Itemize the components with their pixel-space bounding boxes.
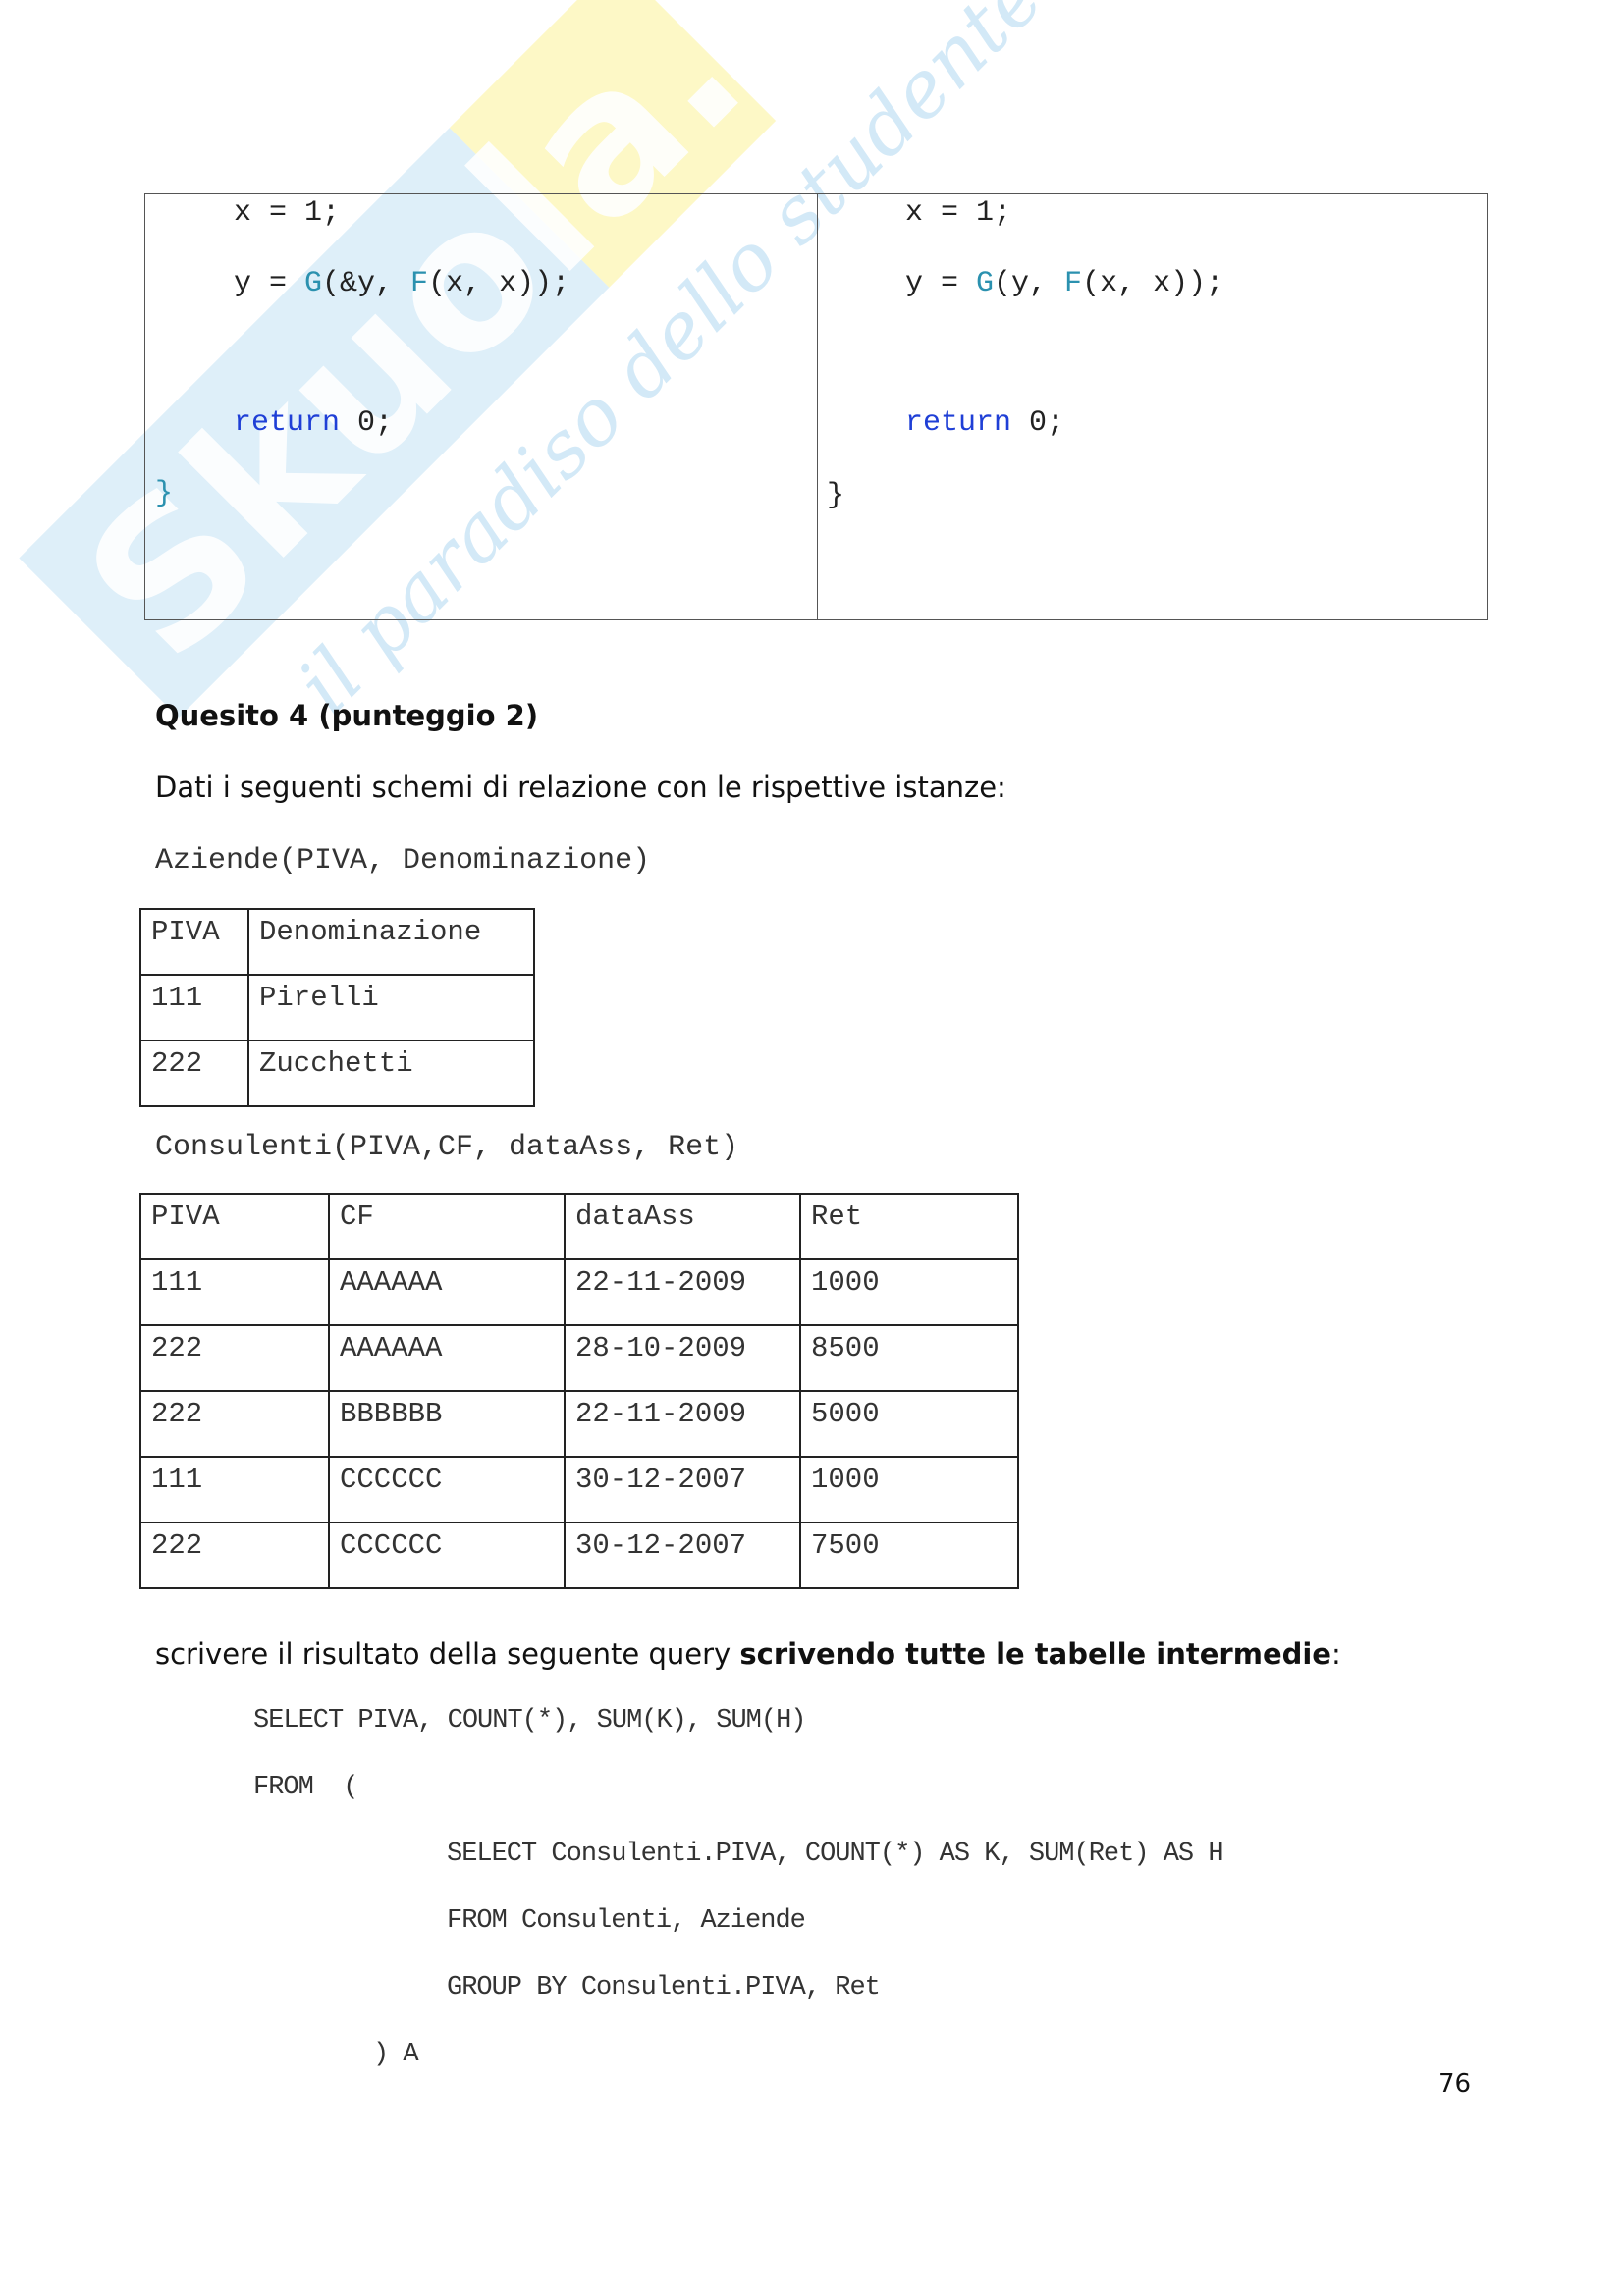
table-cell: AAAAAA [329, 1325, 565, 1391]
table-cell: 8500 [800, 1325, 1018, 1391]
left-closing-brace: } [155, 479, 173, 508]
header-cell: PIVA [140, 909, 248, 975]
keyword-return: return [905, 406, 1011, 440]
table-cell: 111 [140, 1259, 329, 1325]
question-title: Quesito 4 (punteggio 2) [155, 699, 538, 732]
code-comparison-table: x = 1; y = G(&y, F(x, x)); return 0; } x… [144, 193, 1488, 620]
table-header-row: PIVA CF dataAss Ret [140, 1194, 1018, 1259]
query-line-1: SELECT PIVA, COUNT(*), SUM(K), SUM(H) [253, 1706, 806, 1735]
table-row: 111 AAAAAA 22-11-2009 1000 [140, 1259, 1018, 1325]
query-line-2: FROM ( [253, 1773, 357, 1802]
consulenti-table: PIVA CF dataAss Ret 111 AAAAAA 22-11-200… [139, 1193, 1019, 1589]
table-cell: 22-11-2009 [565, 1259, 800, 1325]
table-row: 111 CCCCCC 30-12-2007 1000 [140, 1457, 1018, 1522]
instruction-emphasis: scrivendo tutte le tabelle intermedie [739, 1637, 1331, 1671]
table-cell: AAAAAA [329, 1259, 565, 1325]
table-cell: 5000 [800, 1391, 1018, 1457]
table-cell: 1000 [800, 1259, 1018, 1325]
right-code-line-2: y = G(y, F(x, x)); [905, 269, 1223, 298]
keyword-return: return [234, 406, 340, 440]
header-cell: dataAss [565, 1194, 800, 1259]
table-cell: 1000 [800, 1457, 1018, 1522]
right-closing-brace: } [827, 481, 844, 510]
column-divider [817, 194, 818, 619]
table-cell: 28-10-2009 [565, 1325, 800, 1391]
table-cell: CCCCCC [329, 1522, 565, 1588]
header-cell: CF [329, 1194, 565, 1259]
consulenti-schema: Consulenti(PIVA,CF, dataAss, Ret) [155, 1131, 738, 1164]
table-cell: 111 [140, 975, 248, 1041]
header-cell: Denominazione [248, 909, 534, 975]
function-f: F [1064, 267, 1082, 300]
left-code-line-3: return 0; [234, 408, 393, 438]
table-cell: Zucchetti [248, 1041, 534, 1106]
table-cell: 30-12-2007 [565, 1457, 800, 1522]
query-line-3: SELECT Consulenti.PIVA, COUNT(*) AS K, S… [447, 1840, 1223, 1869]
table-cell: Pirelli [248, 975, 534, 1041]
left-code-line-1: x = 1; [234, 198, 340, 228]
table-cell: 222 [140, 1391, 329, 1457]
right-code-line-3: return 0; [905, 408, 1064, 438]
page-number: 76 [1438, 2069, 1471, 2099]
right-code-line-1: x = 1; [905, 198, 1011, 228]
table-cell: 30-12-2007 [565, 1522, 800, 1588]
function-g: G [976, 267, 994, 300]
query-line-6: ) A [373, 2040, 418, 2069]
table-cell: 222 [140, 1522, 329, 1588]
table-row: 222 AAAAAA 28-10-2009 8500 [140, 1325, 1018, 1391]
table-cell: 222 [140, 1325, 329, 1391]
table-cell: 22-11-2009 [565, 1391, 800, 1457]
header-cell: Ret [800, 1194, 1018, 1259]
table-row: 111 Pirelli [140, 975, 534, 1041]
document-page: Skuola.net il paradiso dello studente x … [0, 0, 1624, 2296]
table-row: 222 CCCCCC 30-12-2007 7500 [140, 1522, 1018, 1588]
function-f: F [410, 267, 428, 300]
header-cell: PIVA [140, 1194, 329, 1259]
table-cell: CCCCCC [329, 1457, 565, 1522]
table-row: 222 BBBBBB 22-11-2009 5000 [140, 1391, 1018, 1457]
table-header-row: PIVA Denominazione [140, 909, 534, 975]
aziende-table: PIVA Denominazione 111 Pirelli 222 Zucch… [139, 908, 535, 1107]
function-g: G [304, 267, 322, 300]
left-code-line-2: y = G(&y, F(x, x)); [234, 269, 569, 298]
query-line-5: GROUP BY Consulenti.PIVA, Ret [447, 1973, 880, 2002]
query-instruction: scrivere il risultato della seguente que… [155, 1637, 1341, 1671]
table-cell: BBBBBB [329, 1391, 565, 1457]
table-cell: 7500 [800, 1522, 1018, 1588]
question-intro: Dati i seguenti schemi di relazione con … [155, 771, 1006, 804]
table-cell: 222 [140, 1041, 248, 1106]
table-row: 222 Zucchetti [140, 1041, 534, 1106]
aziende-schema: Aziende(PIVA, Denominazione) [155, 844, 650, 878]
query-line-4: FROM Consulenti, Aziende [447, 1906, 805, 1936]
table-cell: 111 [140, 1457, 329, 1522]
